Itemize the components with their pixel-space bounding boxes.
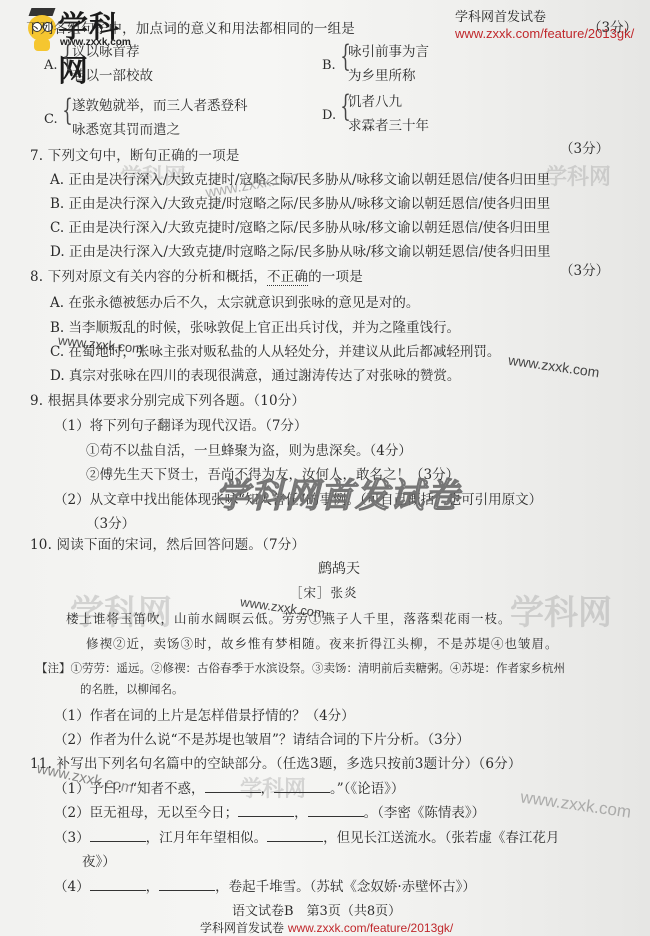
- q11-item-3-continued: 夜》）: [82, 850, 116, 870]
- q7-score: （3分）: [560, 137, 609, 157]
- q6-option-b-letter: B.: [322, 58, 336, 73]
- q6-option-a: 议以咏首荐 若以一部校故: [72, 40, 153, 88]
- q6-c-line1: 遂敦勉就举，而三人者悉登科: [72, 94, 248, 118]
- q6-option-b: 咏引前事为言 为乡里所称: [348, 40, 429, 88]
- q11-item-num: （2）: [54, 805, 90, 821]
- q11-item-text: 臣无祖母，无以至今日；: [90, 805, 239, 821]
- answer-blank[interactable]: [238, 804, 294, 817]
- q11-item-text: ，: [261, 781, 275, 797]
- footer-site-url[interactable]: www.zxxk.com/feature/2013gk/: [288, 921, 453, 935]
- q6-option-c: 遂敦勉就举，而三人者悉登科 咏悉宽其罚而遣之: [72, 94, 248, 142]
- q6-b-line2: 为乡里所称: [348, 64, 429, 88]
- q11-item-text: ，江月年年望相似。: [146, 830, 268, 846]
- q8-option-a: A. 在张永德被惩办后不久，太宗就意识到张咏的意见是对的。: [50, 291, 419, 311]
- q7-option-d: D. 正由是决行深入/大致克捷/时寇略之际/民多胁从咏/移文谕以朝廷恩信/使各归…: [50, 240, 551, 260]
- q8-stem-after: 的一项是: [308, 269, 363, 285]
- q11-item-3: （3），江月年年望相似。，但见长江送流水。（张若虚《春江花月: [54, 826, 559, 846]
- q8-stem-emphasis: 不正确: [267, 269, 308, 286]
- q11-item-text: 子曰：“知者不惑，: [90, 781, 205, 797]
- answer-blank[interactable]: [159, 878, 215, 891]
- q9-sub2-score: （3分）: [86, 512, 135, 532]
- q11-item-2: （2）臣无祖母，无以至今日；，。（李密《陈情表》）: [54, 801, 485, 821]
- q6-a-line2: 若以一部校故: [72, 64, 153, 88]
- q11-item-4: （4），，卷起千堆雪。（苏轼《念奴娇·赤壁怀古》）: [54, 875, 476, 895]
- q8-stem: 8. 下列对原文有关内容的分析和概括，不正确的一项是: [30, 265, 363, 285]
- q7-stem: 7. 下列文句中，断句正确的一项是: [30, 144, 240, 164]
- q11-item-num: （4）: [54, 879, 90, 895]
- poem-title: 鹧鸪天: [318, 558, 360, 578]
- q7-option-b: B. 正由是决行深入/大致克捷/时寇略之际/民多胁从/咏移文谕以朝廷恩信/使各归…: [50, 192, 550, 212]
- q10-question-2: （2）作者为什么说“不是苏堤也皱眉”？请结合词的下片分析。（3分）: [54, 728, 470, 748]
- exam-page: 学科网 学科网 学科网 学科网 学科网 学科网 www.zxxk.com 学科网…: [0, 0, 650, 936]
- poem-line-2: 修禊②近，卖饧③时，故乡惟有梦相随。夜来折得江头柳，不是苏堤④也皱眉。: [86, 634, 559, 652]
- q11-item-num: （3）: [54, 830, 90, 846]
- q6-option-c-letter: C.: [44, 112, 58, 127]
- url-watermark: www.zxxk.com: [519, 787, 632, 822]
- q6-option-d-letter: D.: [322, 108, 336, 123]
- q8-option-b: B. 当李顺叛乱的时候，张咏敦促上官正出兵讨伐，并为之隆重饯行。: [50, 316, 460, 336]
- q11-item-text: ，: [146, 879, 160, 895]
- answer-blank[interactable]: [90, 878, 146, 891]
- mascot-body: [34, 39, 50, 51]
- q6-option-a-letter: A.: [44, 58, 58, 73]
- footer-site-label: 学科网首发试卷: [200, 921, 284, 935]
- q9-stem: 9. 根据具体要求分别完成下列各题。（10分）: [30, 389, 305, 409]
- q9-sub1-item1: ①苟不以盐自活，一旦蜂聚为盗，则为患深矣。（4分）: [86, 439, 412, 459]
- q6-a-line1: 议以咏首荐: [72, 40, 153, 64]
- poem-note-line1: 【注】①劳劳：遥远。②修禊：古俗春季于水滨设祭。③卖饧：清明前后卖糖粥。④苏堤：…: [36, 660, 565, 676]
- poem-author: ［宋］张炎: [290, 583, 358, 601]
- big-watermark: 学科网首发试卷: [215, 468, 460, 517]
- answer-blank[interactable]: [274, 780, 330, 793]
- q6-stem-text: 下列各组句子中，加点词的意义和用法都相同的一组是: [26, 21, 355, 37]
- q11-item-text: ，卷起千堆雪。（苏轼《念奴娇·赤壁怀古》）: [215, 879, 476, 895]
- q11-item-text: 。（李密《陈情表》）: [364, 805, 486, 821]
- page-number: 语文试卷B 第3页（共8页）: [232, 900, 401, 919]
- answer-blank[interactable]: [308, 804, 364, 817]
- q6-d-line1: 饥者八九: [348, 90, 429, 114]
- q6-c-line2: 咏悉宽其罚而遣之: [72, 118, 248, 142]
- q8-option-d: D. 真宗对张咏在四川的表现很满意，通过謝涛传达了对张咏的赞赏。: [50, 364, 460, 384]
- q6-d-line2: 求霖者三十年: [348, 114, 429, 138]
- q7-option-c: C. 正由是决行深入/大致克捷时/寇略之际/民多胁从咏/移文谕以朝廷恩信/使各归…: [50, 216, 550, 236]
- q11-item-num: （1）: [54, 781, 90, 797]
- q10-question-1: （1）作者在词的上片是怎样借景抒情的？（4分）: [54, 704, 355, 724]
- q11-item-text: ，但见长江送流水。（张若虚《春江花月: [323, 830, 559, 846]
- poem-note-line2: 的名胜，以柳闻名。: [80, 681, 184, 697]
- q6-b-line1: 咏引前事为言: [348, 40, 429, 64]
- q8-stem-before: 8. 下列对原文有关内容的分析和概括，: [30, 269, 267, 285]
- footer-site: 学科网首发试卷 www.zxxk.com/feature/2013gk/: [200, 919, 453, 936]
- q6-stem: 下列各组句子下列各组句子中，加点词的意义和用法都相同的一组是: [28, 17, 355, 37]
- url-watermark: www.zxxk.com: [507, 352, 600, 381]
- q6-option-d: 饥者八九 求霖者三十年: [348, 90, 429, 138]
- q11-stem: 11. 补写出下列名句名篇中的空缺部分。（任选3题，多选只按前3题计分）（6分）: [30, 752, 522, 772]
- faint-watermark: 学科网: [510, 585, 612, 634]
- faint-watermark: 学科网: [545, 160, 611, 191]
- q11-item-1: （1）子曰：“知者不惑，，。”（《论语》）: [54, 777, 404, 797]
- answer-blank[interactable]: [90, 829, 146, 842]
- q8-score: （3分）: [560, 259, 609, 279]
- q11-item-text: 。”（《论语》）: [330, 781, 404, 797]
- q6-score: （3分）: [588, 16, 637, 36]
- answer-blank[interactable]: [267, 829, 323, 842]
- q11-item-text: ，: [294, 805, 308, 821]
- q9-sub1: （1）将下列句子翻译为现代汉语。（7分）: [54, 414, 307, 434]
- q10-stem: 10. 阅读下面的宋词，然后回答问题。（7分）: [30, 533, 305, 553]
- answer-blank[interactable]: [205, 780, 261, 793]
